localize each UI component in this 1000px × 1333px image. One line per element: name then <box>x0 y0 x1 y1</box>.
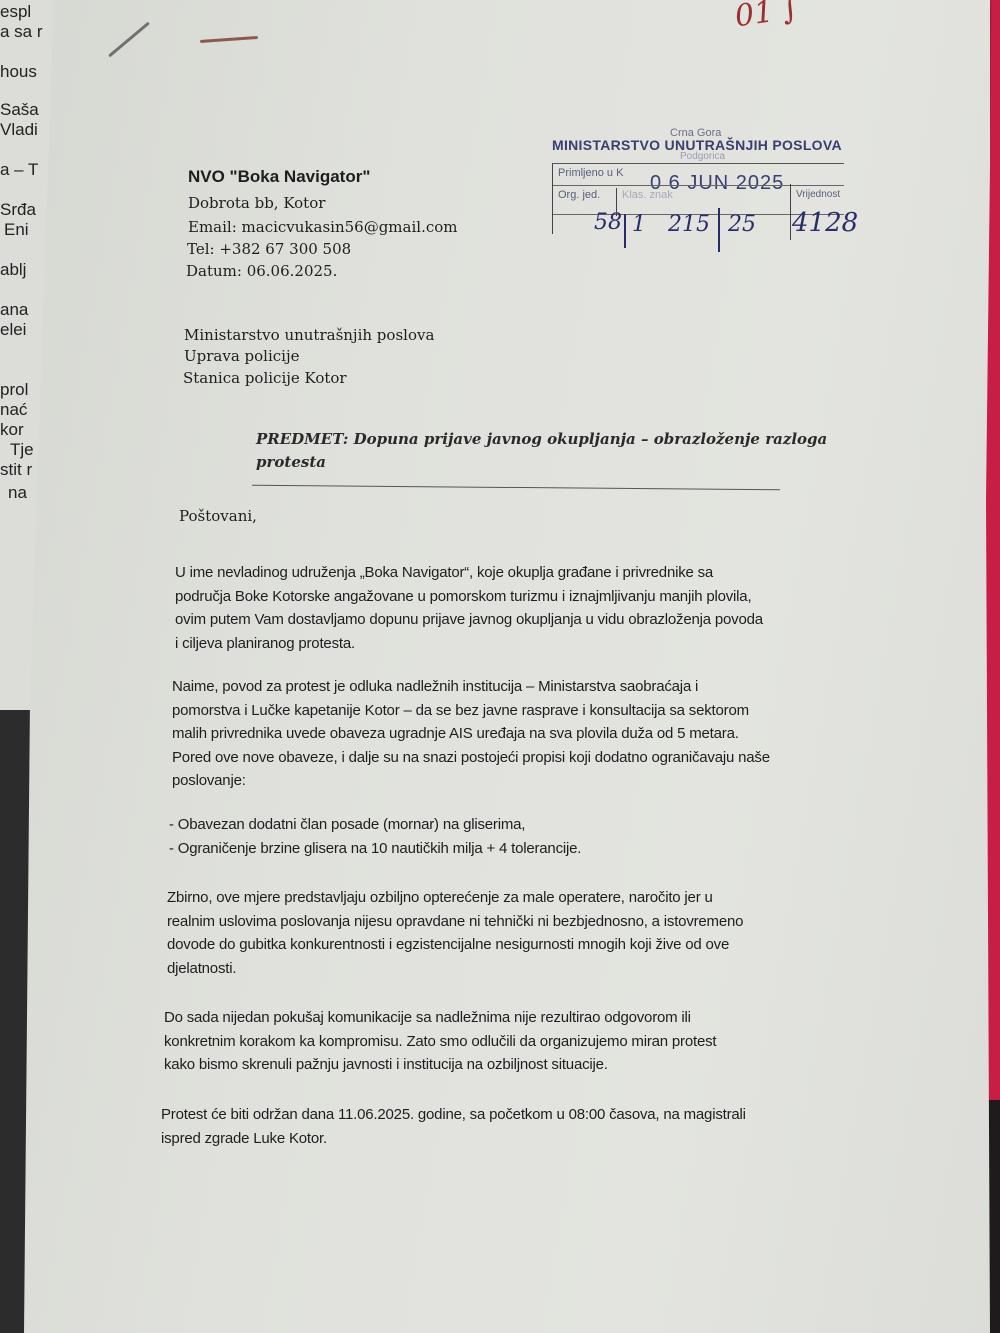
stamp-divider <box>790 184 791 240</box>
handwritten-stroke <box>624 214 626 248</box>
subject-line: PREDMET: Dopuna prijave javnog okupljanj… <box>256 428 796 474</box>
underlying-text: Srđa <box>0 200 36 220</box>
stamp-org-unit-label: Org. jed. <box>558 189 600 201</box>
stamp-class-value: 25 <box>728 212 756 237</box>
underlying-text: ana <box>0 300 28 320</box>
paragraph-line: U ime nevladinog udruženja „Boka Navigat… <box>175 561 763 585</box>
handwritten-mark: 01 ∫ <box>734 0 800 28</box>
stamp-table: Primljeno u K 0 6 JUN 2025 Org. jed. Kla… <box>552 163 844 242</box>
subject-text: PREDMET: Dopuna prijave javnog okupljanj… <box>256 428 796 451</box>
underlying-text: elei <box>0 320 26 340</box>
paragraph-intro: U ime nevladinog udruženja „Boka Navigat… <box>175 561 763 655</box>
handwritten-stroke <box>718 208 720 252</box>
paragraph-line: Naime, povod za protest je odluka nadlež… <box>172 675 770 699</box>
stamp-divider <box>552 164 553 234</box>
paragraph-line: i ciljeva planiranog protesta. <box>175 632 763 656</box>
underlying-text: na <box>8 483 27 503</box>
list-item: - Obavezan dodatni član posade (mornar) … <box>169 813 581 837</box>
stamp-divider <box>552 185 844 186</box>
stamp-registry-number: 4128 <box>792 208 858 238</box>
stamp-value-label: Vrijednost <box>796 189 840 200</box>
underlying-text: Eni <box>4 220 29 240</box>
underlying-text: a sa r <box>0 22 43 42</box>
underlying-text: Tje <box>10 440 34 460</box>
stamp-class-value: 1 <box>632 212 646 237</box>
salutation: Poštovani, <box>179 507 257 525</box>
paragraph-line: ovim putem Vam dostavljamo dopunu prijav… <box>175 608 763 632</box>
recipient-line: Ministarstvo unutrašnjih poslova <box>184 326 434 344</box>
paragraph-line: Do sada nijedan pokušaj komunikacije sa … <box>164 1006 716 1030</box>
sender-date: Datum: 06.06.2025. <box>186 262 337 280</box>
regulations-list: - Obavezan dodatni član posade (mornar) … <box>169 813 581 860</box>
paragraph-reason: Naime, povod za protest je odluka nadlež… <box>172 675 770 793</box>
paragraph-line: pomorstva i Lučke kapetanije Kotor – da … <box>172 699 770 723</box>
paragraph-communication: Do sada nijedan pokušaj komunikacije sa … <box>164 1006 716 1077</box>
underlying-text: nać <box>0 400 27 420</box>
underlying-text: kor <box>0 420 24 440</box>
paragraph-line: konkretnim korakom ka kompromisu. Zato s… <box>164 1030 716 1054</box>
paragraph-line: djelatnosti. <box>167 957 743 981</box>
underlying-text: hous <box>0 62 37 82</box>
underlying-text: ablj <box>0 260 26 280</box>
paragraph-line: malih privrednika uvede obaveza ugradnje… <box>172 722 770 746</box>
stamp-class-value: 215 <box>668 212 710 237</box>
paragraph-line: Zbirno, ove mjere predstavljaju ozbiljno… <box>167 886 743 910</box>
sender-name: NVO "Boka Navigator" <box>188 167 370 187</box>
underlying-text: Saša <box>0 100 39 120</box>
underlying-text: espl <box>0 2 31 22</box>
paragraph-line: poslovanje: <box>172 769 770 793</box>
paragraph-line: dovode do gubitka konkurentnosti i egzis… <box>167 933 743 957</box>
list-item: - Ograničenje brzine glisera na 10 nauti… <box>169 837 581 861</box>
underlying-text: a – T <box>0 160 38 180</box>
stamp-subtitle: Podgorica <box>680 151 725 162</box>
sender-phone: Tel: +382 67 300 508 <box>187 240 351 258</box>
underlying-text: prol <box>0 380 28 400</box>
recipient-line: Stanica policije Kotor <box>183 369 347 387</box>
stamp-org-unit-value: 58 <box>594 210 622 235</box>
paragraph-line: kako bismo skrenuli pažnju javnosti i in… <box>164 1053 716 1077</box>
underlying-text: Vladi <box>0 120 38 140</box>
paragraph-line: Pored ove nove obaveze, i dalje su na sn… <box>172 746 770 770</box>
sender-address: Dobrota bb, Kotor <box>188 194 325 212</box>
recipient-line: Uprava policije <box>184 347 300 365</box>
sender-email: Email: macicvukasin56@gmail.com <box>188 218 458 236</box>
stamp-received-label: Primljeno u K <box>558 167 623 179</box>
paragraph-protest-details: Protest će biti održan dana 11.06.2025. … <box>161 1103 746 1150</box>
paragraph-line: ispred zgrade Luke Kotor. <box>161 1127 746 1151</box>
paragraph-line: područja Boke Kotorske angažovane u pomo… <box>175 585 763 609</box>
paragraph-summary: Zbirno, ove mjere predstavljaju ozbiljno… <box>167 886 743 980</box>
paragraph-line: Protest će biti održan dana 11.06.2025. … <box>161 1103 746 1127</box>
paragraph-line: realnim uslovima poslovanja nijesu oprav… <box>167 910 743 934</box>
stamp-class-label: Klas. znak <box>622 189 673 201</box>
underlying-text: stit r <box>0 460 32 480</box>
subject-text: protesta <box>256 451 796 474</box>
